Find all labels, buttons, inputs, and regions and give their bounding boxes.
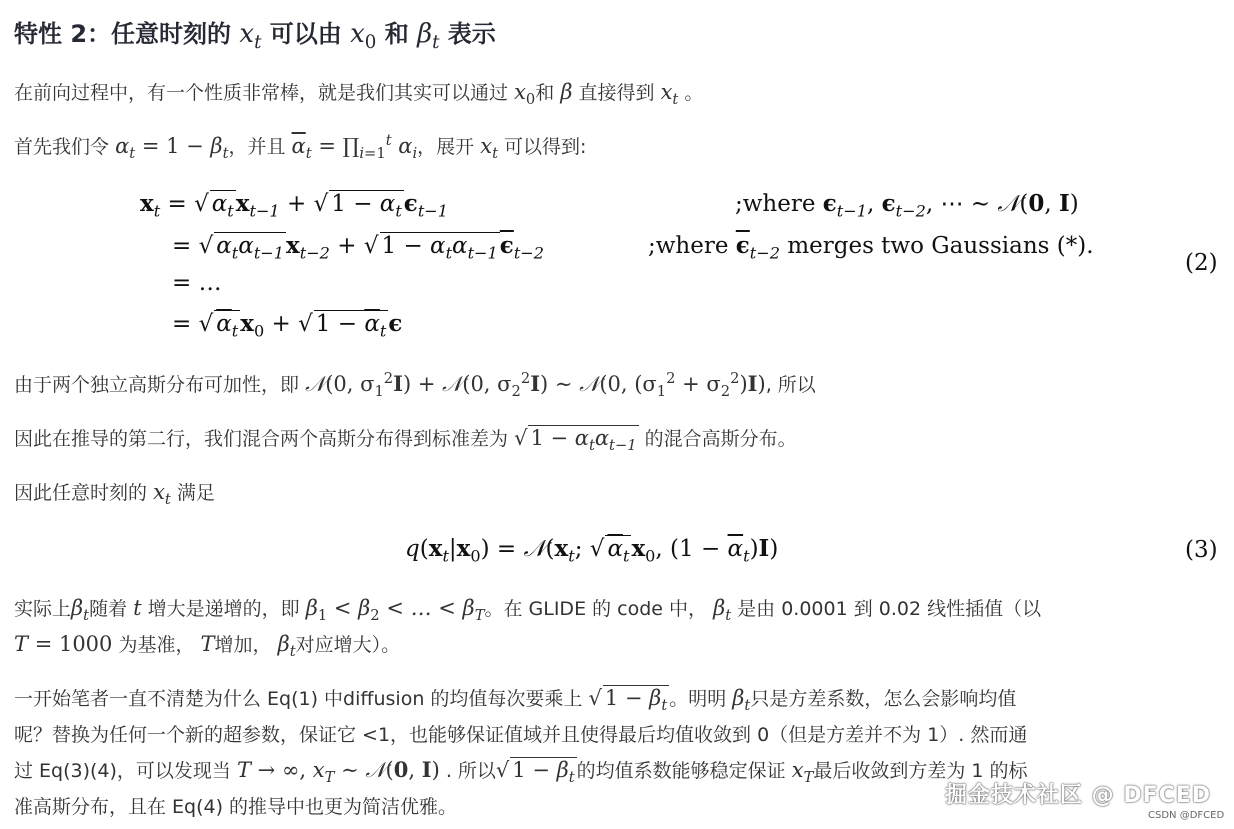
paragraph-4: 因此在推导的第二行，我们混合两个高斯分布得到标准差为 √1 − αtαt−1 的…: [14, 424, 797, 454]
heading-text: 特性 2：任意时刻的: [14, 20, 231, 48]
paragraph-2: 首先我们令 αt = 1 − βt，并且 αt = ∏i=1t αi，展开 xt…: [14, 132, 586, 162]
eq2-line-2: = √αtαt−1xt−2 + √1 − αtαt−1ϵt−2: [172, 232, 544, 263]
eq2-where-1: ;where ϵt−1, ϵt−2, ⋯ ∼ 𝒩(0, I): [735, 190, 1079, 221]
paragraph-7-line-1: 一开始笔者一直不清楚为什么 Eq(1) 中diffusion 的均值每次要乘上 …: [14, 684, 1016, 714]
eq3-number: (3): [1185, 537, 1218, 563]
eq2-where-2: ;where ϵt−2 merges two Gaussians (*).: [648, 232, 1094, 263]
paragraph-7-line-3: 过 Eq(3)(4)，可以发现当 T → ∞, xT ∼ 𝒩(0, I) . 所…: [14, 756, 1028, 786]
eq2-line-3: = …: [172, 270, 222, 296]
heading-text: 和: [385, 20, 409, 48]
eq2-number: (2): [1185, 250, 1218, 276]
equation-3: q(xt|x0) = 𝒩(xt; √αtx0, (1 − αt)I): [405, 535, 778, 566]
paragraph-6-line-1: 实际上βt随着 t 增大是递增的，即 β1 < β2 < … < βT。在 GL…: [14, 594, 1041, 624]
paragraph-7-line-2: 呢？替换为任何一个新的超参数，保证它 <1，也能够保证值域并且使得最后均值收敛到…: [14, 720, 1027, 747]
eq2-line-4: = √αtx0 + √1 − αtϵ: [172, 310, 402, 341]
paragraph-3: 由于两个独立高斯分布可加性，即 𝒩(0, σ12I) + 𝒩(0, σ22I) …: [14, 370, 816, 400]
paragraph-7-line-4: 准高斯分布，且在 Eq(4) 的推导中也更为简洁优雅。: [14, 792, 457, 819]
section-heading: 特性 2：任意时刻的 xt 可以由 x0 和 βt 表示: [14, 14, 496, 53]
heading-text: 可以由: [270, 20, 342, 48]
watermark-csdn: CSDN @DFCED: [1148, 810, 1224, 821]
heading-math-xt: xt: [239, 19, 261, 49]
paragraph-6-line-2: T = 1000 为基准， T增加， βt对应增大）。: [14, 630, 400, 660]
paragraph-5: 因此任意时刻的 xt 满足: [14, 478, 215, 508]
watermark-juejin: 掘金技术社区 @ DFCED: [945, 778, 1211, 809]
heading-text: 表示: [448, 20, 496, 48]
paragraph-1: 在前向过程中，有一个性质非常棒，就是我们其实可以通过 x0和 β 直接得到 xt…: [14, 78, 703, 108]
eq2-line-1: xt = √αtxt−1 + √1 − αtϵt−1: [140, 190, 448, 221]
heading-math-beta: βt: [417, 19, 439, 49]
heading-math-x0: x0: [350, 19, 376, 49]
